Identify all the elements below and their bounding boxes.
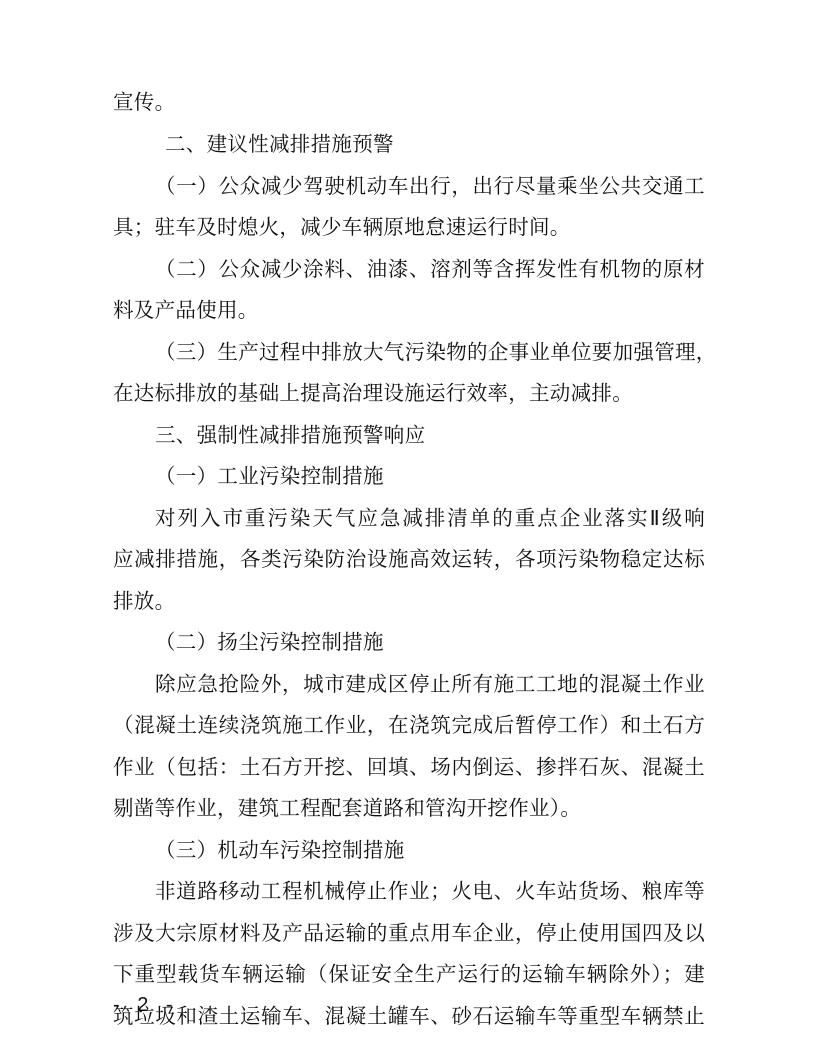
text-line: 对列入市重污染天气应急减排清单的重点企业落实Ⅱ级响 — [155, 504, 705, 532]
text-line: 具；驻车及时熄火，减少车辆原地怠速运行时间。 — [113, 213, 713, 241]
text-line: 应减排措施，各类污染防治设施高效运转，各项污染物稳定达标 — [113, 545, 705, 573]
text-line: （一）工业污染控制措施 — [155, 462, 755, 490]
page-number: - 2 - — [113, 994, 179, 1017]
text-line: 涉及大宗原材料及产品运输的重点用车企业，停止使用国四及以 — [113, 919, 705, 947]
text-line: 排放。 — [113, 587, 713, 615]
text-line: 宣传。 — [113, 88, 713, 116]
text-line: 剔凿等作业，建筑工程配套道路和管沟开挖作业）。 — [113, 794, 713, 822]
text-line: 筑垃圾和渣土运输车、混凝土罐车、砂石运输车等重型车辆禁止 — [113, 1002, 705, 1030]
text-line: 二、建议性减排措施预警 — [165, 130, 765, 158]
text-line: （三）生产过程中排放大气污染物的企事业单位要加强管理， — [155, 338, 705, 366]
text-line: （二）扬尘污染控制措施 — [155, 628, 755, 656]
document-page: 宣传。二、建议性减排措施预警（一）公众减少驾驶机动车出行，出行尽量乘坐公共交通工… — [0, 0, 815, 1054]
text-line: 非道路移动工程机械停止作业；火电、火车站货场、粮库等 — [155, 877, 705, 905]
text-line: 在达标排放的基础上提高治理设施运行效率，主动减排。 — [113, 379, 713, 407]
text-line: 除应急抢险外，城市建成区停止所有施工工地的混凝土作业 — [155, 670, 705, 698]
text-line: 下重型载货车辆运输（保证安全生产运行的运输车辆除外）；建 — [113, 960, 705, 988]
text-line: （一）公众减少驾驶机动车出行，出行尽量乘坐公共交通工 — [155, 172, 705, 200]
text-line: （混凝土连续浇筑施工作业，在浇筑完成后暂停工作）和土石方 — [113, 711, 705, 739]
text-line: （二）公众减少涂料、油漆、溶剂等含挥发性有机物的原材 — [155, 255, 705, 283]
text-line: 作业（包括：土石方开挖、回填、场内倒运、掺拌石灰、混凝土 — [113, 753, 705, 781]
text-line: 料及产品使用。 — [113, 296, 713, 324]
text-line: （三）机动车污染控制措施 — [155, 836, 755, 864]
text-line: 三、强制性减排措施预警响应 — [155, 421, 755, 449]
